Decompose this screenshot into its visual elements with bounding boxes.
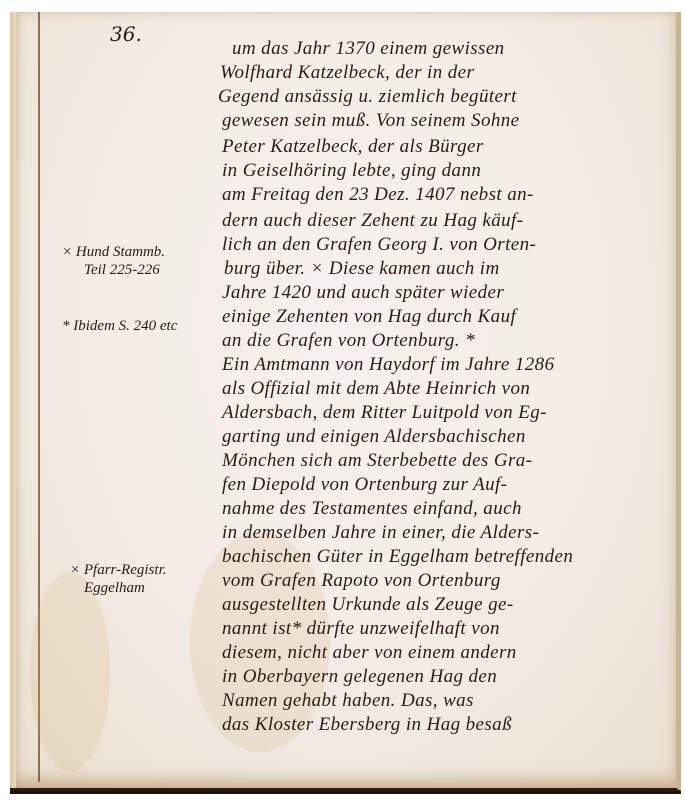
page-edge	[10, 12, 16, 788]
body-line: gewesen sein muß. Von seinem Sohne	[222, 110, 520, 132]
body-line: nannt ist* dürfte unzweifelhaft von	[222, 618, 500, 640]
margin-note: Teil 225-226	[84, 262, 160, 279]
body-line: Mönchen sich am Sterbebette des Gra-	[222, 450, 532, 472]
body-line: Wolfhard Katzelbeck, der in der	[220, 62, 474, 84]
body-line: Namen gehabt haben. Das, was	[222, 690, 474, 712]
body-line: burg über. × Diese kamen auch im	[224, 258, 500, 280]
body-line: dern auch dieser Zehent zu Hag käuf-	[222, 210, 523, 232]
body-line: um das Jahr 1370 einem gewissen	[232, 38, 505, 60]
page-number: 36.	[110, 22, 142, 46]
body-line: fen Diepold von Ortenburg zur Auf-	[222, 474, 507, 496]
margin-note: * Ibidem S. 240 etc	[62, 318, 177, 335]
body-line: vom Grafen Rapoto von Ortenburg	[222, 570, 501, 592]
body-line: bachischen Güter in Eggelham betreffende…	[222, 546, 573, 568]
body-line: Jahre 1420 und auch später wieder	[222, 282, 504, 304]
body-line: an die Grafen von Ortenburg. *	[222, 330, 475, 352]
body-line: garting und einigen Aldersbachischen	[222, 426, 526, 448]
body-line: am Freitag den 23 Dez. 1407 nebst an-	[222, 184, 534, 206]
margin-note: × Pfarr-Registr.	[70, 562, 167, 579]
body-line: Ein Amtmann von Haydorf im Jahre 1286	[222, 354, 554, 376]
body-line: nahme des Testamentes einfand, auch	[222, 498, 522, 520]
body-line: in Geiselhöring lebte, ging dann	[222, 160, 481, 182]
paper-stain	[30, 572, 110, 772]
body-line: Peter Katzelbeck, der als Bürger	[222, 136, 484, 158]
body-line: einige Zehenten von Hag durch Kauf	[222, 306, 516, 328]
body-line: diesem, nicht aber von einem andern	[222, 642, 517, 664]
body-line: das Kloster Ebersberg in Hag besaß	[222, 714, 512, 736]
body-line: ausgestellten Urkunde als Zeuge ge-	[222, 594, 514, 616]
body-line: Gegend ansässig u. ziemlich begütert	[218, 86, 517, 108]
body-line: als Offizial mit dem Abte Heinrich von	[222, 378, 530, 400]
body-line: lich an den Grafen Georg I. von Orten-	[222, 234, 536, 256]
body-line: in demselben Jahre in einer, die Alders-	[222, 522, 539, 544]
body-line: in Oberbayern gelegenen Hag den	[222, 666, 497, 688]
margin-note: × Hund Stammb.	[62, 244, 165, 261]
margin-note: Eggelham	[84, 580, 145, 597]
body-line: Aldersbach, dem Ritter Luitpold von Eg-	[222, 402, 547, 424]
